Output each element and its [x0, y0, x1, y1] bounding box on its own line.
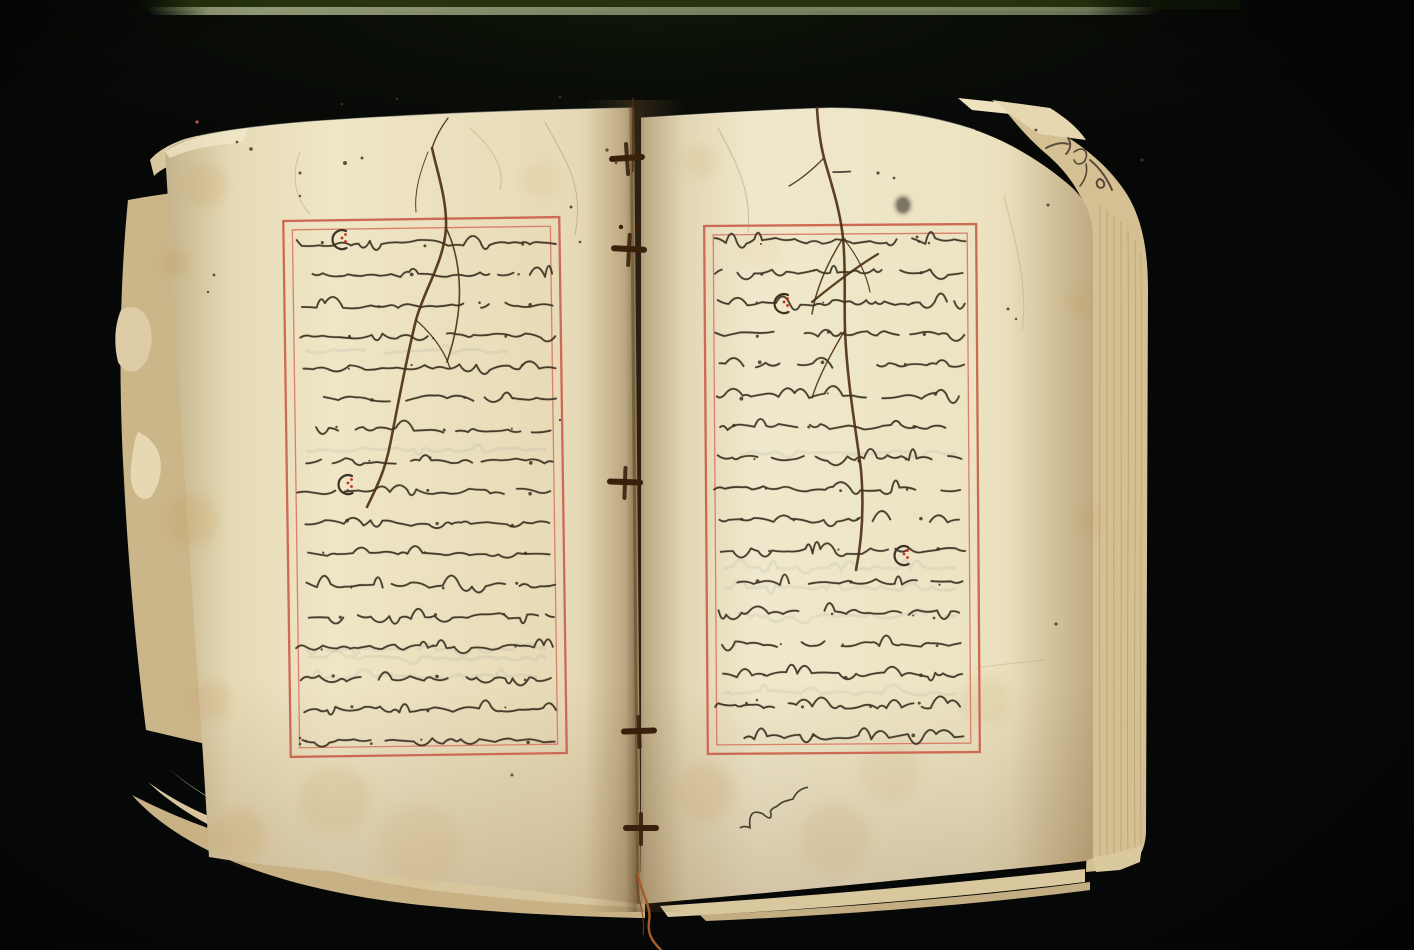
photo: Photograph of an open manuscript codex o…	[0, 0, 1414, 950]
manuscript-photo	[0, 0, 1414, 950]
vignette	[0, 0, 1414, 950]
